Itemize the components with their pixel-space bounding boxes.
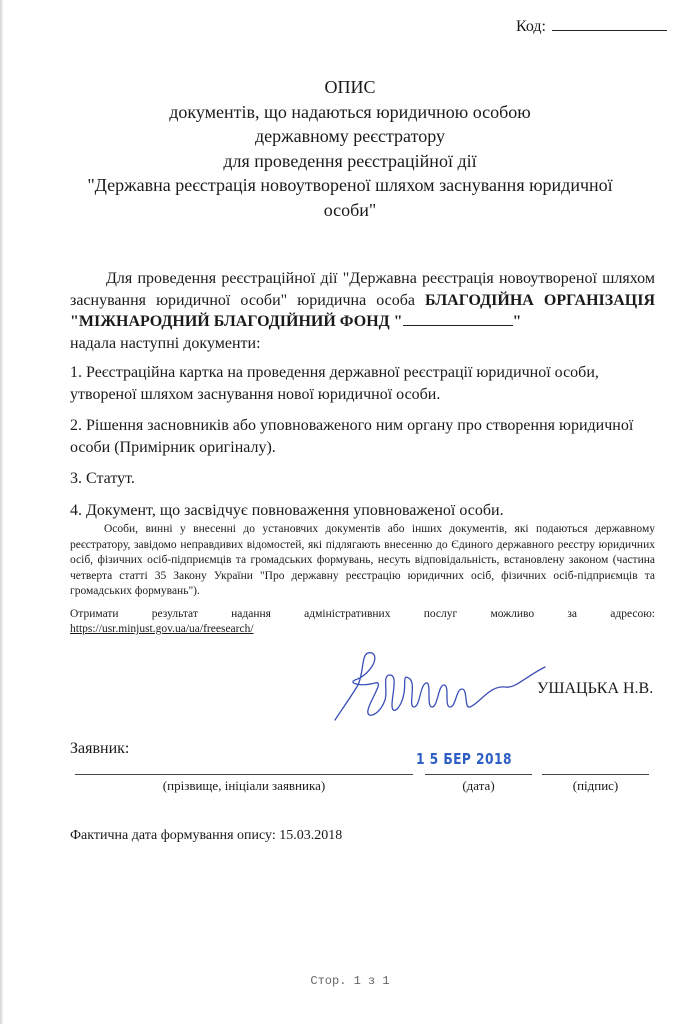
page-number: Стор. 1 з 1	[0, 974, 700, 988]
organization-name-close: "	[513, 313, 522, 330]
signature-line	[542, 774, 649, 775]
applicant-name-line	[75, 774, 413, 775]
title-line-5: "Державна реєстрація новоутвореної шляхо…	[60, 173, 640, 198]
document-item: 3. Статут.	[70, 468, 660, 490]
title-line-6: особи"	[60, 198, 640, 223]
documents-list: 1. Реєстраційна картка на проведення дер…	[70, 362, 660, 531]
date-line	[425, 774, 532, 775]
freesearch-link[interactable]: https://usr.minjust.gov.ua/ua/freesearch…	[70, 622, 254, 638]
document-item: 2. Рішення засновників або уповноваженог…	[70, 415, 660, 458]
result-text: Отримати результат надання адміністратив…	[70, 607, 655, 623]
title-line-1: ОПИС	[60, 75, 640, 100]
applicant-label: Заявник:	[70, 740, 129, 758]
date-stamp: 1 5 БЕР 2018	[416, 750, 512, 768]
code-label: Код:	[516, 18, 546, 35]
document-item: 1. Реєстраційна картка на проведення дер…	[70, 362, 660, 405]
title-line-2: документів, що надаються юридичною особо…	[60, 100, 640, 125]
code-field: Код:	[516, 16, 667, 36]
title-line-3: державному реєстратору	[60, 124, 640, 149]
liability-notice: Особи, винні у внесенні до установчих до…	[70, 522, 655, 600]
registrar-signature	[330, 645, 550, 725]
code-blank-line	[552, 16, 667, 31]
caption-applicant-name: (прізвище, ініціали заявника)	[75, 778, 413, 794]
document-item: 4. Документ, що засвідчує повноваження у…	[70, 500, 660, 522]
document-title: ОПИС документів, що надаються юридичною …	[60, 75, 640, 222]
scan-edge	[0, 0, 3, 1024]
org-name-blank	[403, 311, 513, 326]
caption-date: (дата)	[425, 778, 532, 794]
intro-text-after: надала наступні документи:	[70, 335, 261, 352]
signer-name: УШАЦЬКА Н.В.	[537, 680, 653, 698]
caption-signature: (підпис)	[542, 778, 649, 794]
intro-paragraph: Для проведення реєстраційної дії "Держав…	[70, 268, 655, 354]
title-line-4: для проведення реєстраційної дії	[60, 149, 640, 174]
formation-date: Фактична дата формування опису: 15.03.20…	[70, 828, 342, 844]
